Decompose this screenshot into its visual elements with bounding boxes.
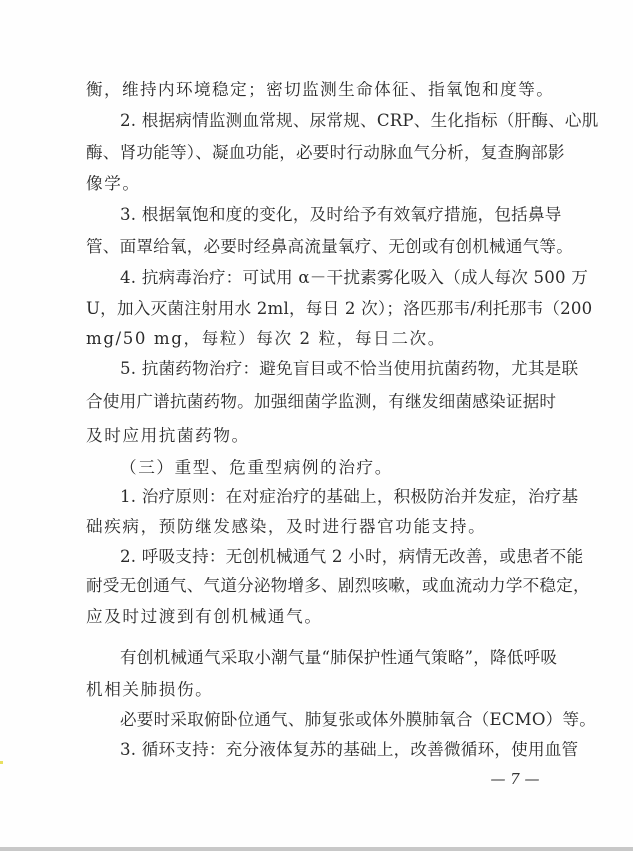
page-number: — 7 — bbox=[480, 768, 550, 790]
paragraph-line: 3. 根据氧饱和度的变化，及时给予有效氧疗措施，包括鼻导 bbox=[120, 204, 553, 226]
paragraph-line: 2. 呼吸支持：无创机械通气 2 小时，病情无改善，或患者不能 bbox=[120, 546, 553, 568]
paragraph-line: 应及时过渡到有创机械通气。 bbox=[86, 606, 553, 628]
paragraph-line: 础疾病，预防继发感染，及时进行器官功能支持。 bbox=[86, 516, 553, 538]
paragraph-line: U，加入灭菌注射用水 2ml，每日 2 次）；洛匹那韦/利托那韦（200 bbox=[86, 298, 553, 320]
paragraph-line: 衡，维持内环境稳定；密切监测生命体征、指氧饱和度等。 bbox=[86, 79, 553, 101]
paragraph-line: 及时应用抗菌药物。 bbox=[86, 425, 553, 447]
page-bottom-edge bbox=[0, 847, 633, 851]
paragraph-line: 机相关肺损伤。 bbox=[86, 679, 553, 701]
paragraph-line: mg/50 mg，每粒）每次 2 粒，每日二次。 bbox=[86, 328, 553, 350]
paragraph-line: 像学。 bbox=[86, 173, 553, 195]
scan-artifact bbox=[0, 761, 3, 764]
paragraph-line: 4. 抗病毒治疗：可试用 α－干扰素雾化吸入（成人每次 500 万 bbox=[120, 267, 553, 289]
paragraph-line: 5. 抗菌药物治疗：避免盲目或不恰当使用抗菌药物，尤其是联 bbox=[120, 358, 553, 380]
paragraph-line: 管、面罩给氧，必要时经鼻高流量氧疗、无创或有创机械通气等。 bbox=[86, 236, 553, 258]
paragraph-line: 酶、肾功能等）、凝血功能，必要时行动脉血气分析，复查胸部影 bbox=[86, 142, 553, 164]
section-heading: （三）重型、危重型病例的治疗。 bbox=[120, 457, 553, 479]
paragraph-line: 1. 治疗原则：在对症治疗的基础上，积极防治并发症，治疗基 bbox=[120, 486, 553, 508]
paragraph-line: 合使用广谱抗菌药物。加强细菌学监测，有继发细菌感染证据时 bbox=[86, 391, 553, 413]
paragraph-line: 耐受无创通气、气道分泌物增多、剧烈咳嗽，或血流动力学不稳定， bbox=[86, 575, 553, 597]
document-page: 衡，维持内环境稳定；密切监测生命体征、指氧饱和度等。 2. 根据病情监测血常规、… bbox=[0, 0, 633, 847]
paragraph-line: 有创机械通气采取小潮气量“肺保护性通气策略”，降低呼吸 bbox=[120, 647, 553, 669]
paragraph-line: 必要时采取俯卧位通气、肺复张或体外膜肺氧合（ECMO）等。 bbox=[120, 709, 553, 731]
paragraph-line: 3. 循环支持：充分液体复苏的基础上，改善微循环，使用血管 bbox=[120, 739, 553, 761]
paragraph-line: 2. 根据病情监测血常规、尿常规、CRP、生化指标（肝酶、心肌 bbox=[120, 110, 553, 132]
